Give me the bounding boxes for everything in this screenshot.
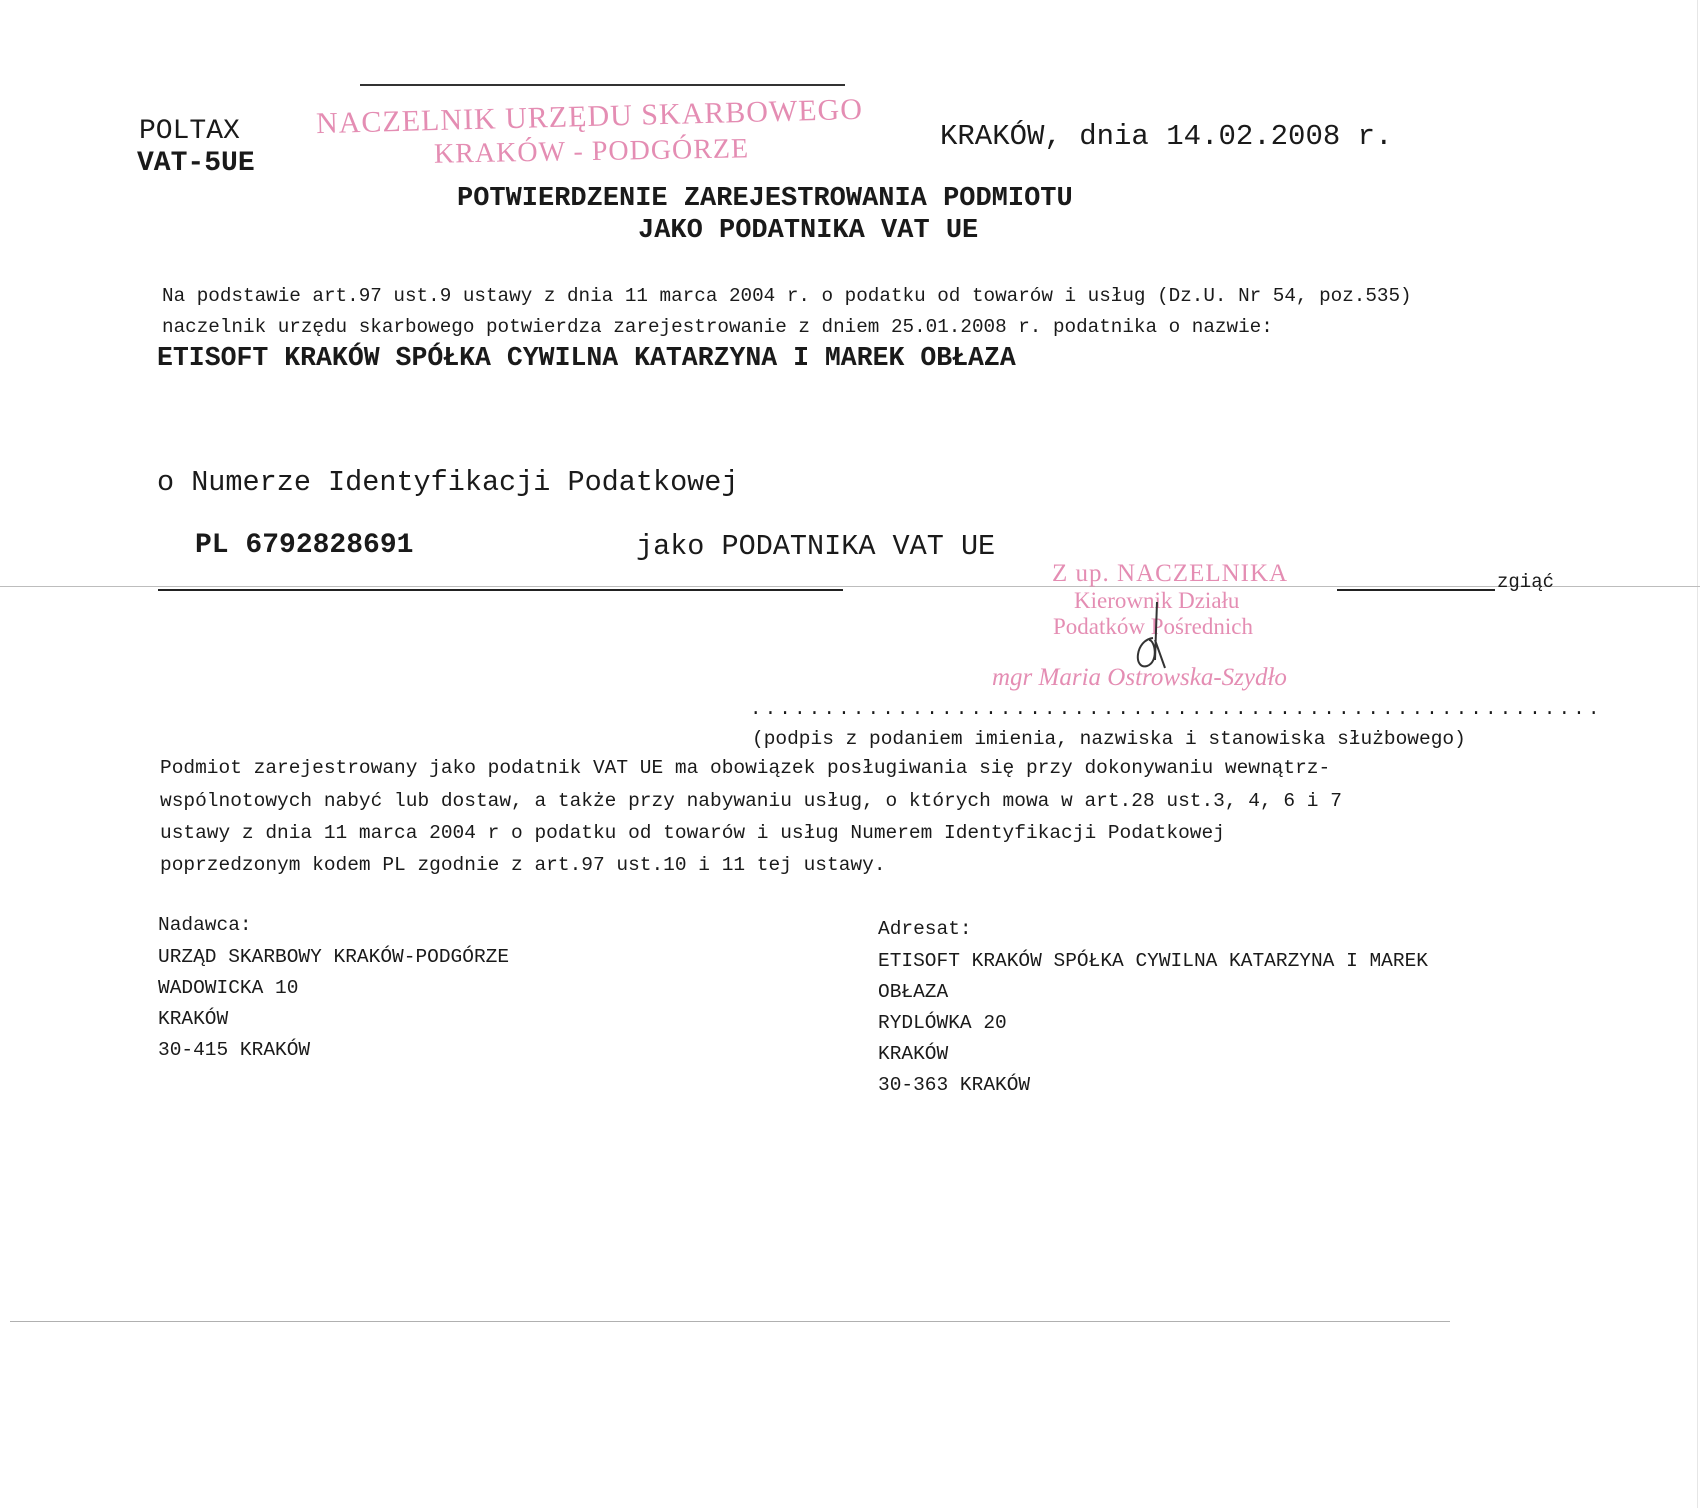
sender-line4: 30-415 KRAKÓW — [158, 1039, 310, 1061]
recipient-line5: 30-363 KRAKÓW — [878, 1074, 1030, 1096]
signature-caption: (podpis z podaniem imienia, nazwiska i s… — [752, 728, 1466, 750]
sender-line1: URZĄD SKARBOWY KRAKÓW-PODGÓRZE — [158, 946, 509, 968]
office-stamp-line2: KRAKÓW - PODGÓRZE — [434, 133, 750, 170]
intro-line2: naczelnik urzędu skarbowego potwierdza z… — [162, 316, 1273, 338]
rule-right — [1337, 589, 1495, 591]
notice-line2: wspólnotowych nabyć lub dostaw, a także … — [160, 790, 1342, 812]
office-stamp-line1: NACZELNIK URZĘDU SKARBOWEGO — [316, 93, 864, 141]
top-rule — [360, 84, 845, 86]
recipient-line3: RYDLÓWKA 20 — [878, 1012, 1007, 1034]
rule-left — [158, 589, 843, 591]
form-system: POLTAX — [139, 116, 240, 147]
handwritten-signature — [1125, 600, 1185, 680]
document-title-line2: JAKO PODATNIKA VAT UE — [638, 216, 978, 246]
scan-edge — [1697, 0, 1698, 1508]
sender-label: Nadawca: — [158, 914, 252, 936]
nip-label: o Numerze Identyfikacji Podatkowej — [157, 466, 739, 499]
fold-label: zgiąć — [1497, 571, 1554, 593]
recipient-line1: ETISOFT KRAKÓW SPÓŁKA CYWILNA KATARZYNA … — [878, 950, 1428, 972]
bottom-fold-line — [10, 1321, 1450, 1322]
sender-line2: WADOWICKA 10 — [158, 977, 298, 999]
form-code: VAT-5UE — [137, 148, 255, 179]
nip-suffix: jako PODATNIKA VAT UE — [636, 530, 995, 563]
fold-line — [0, 586, 1700, 587]
notice-line4: poprzedzonym kodem PL zgodnie z art.97 u… — [160, 854, 886, 876]
place-date: KRAKÓW, dnia 14.02.2008 r. — [940, 120, 1392, 153]
notice-line1: Podmiot zarejestrowany jako podatnik VAT… — [160, 757, 1330, 779]
recipient-line4: KRAKÓW — [878, 1043, 948, 1065]
sender-line3: KRAKÓW — [158, 1008, 228, 1030]
sign-stamp-line1: Z up. NACZELNIKA — [1052, 560, 1288, 588]
recipient-label: Adresat: — [878, 918, 972, 940]
document-title-line1: POTWIERDZENIE ZAREJESTROWANIA PODMIOTU — [457, 184, 1073, 214]
nip-value: PL 6792828691 — [195, 530, 413, 561]
notice-line3: ustawy z dnia 11 marca 2004 r o podatku … — [160, 822, 1225, 844]
recipient-line2: OBŁAZA — [878, 981, 948, 1003]
signature-dots: ........................................… — [750, 698, 1603, 720]
company-name: ETISOFT KRAKÓW SPÓŁKA CYWILNA KATARZYNA … — [157, 343, 1016, 373]
intro-line1: Na podstawie art.97 ust.9 ustawy z dnia … — [162, 285, 1412, 307]
